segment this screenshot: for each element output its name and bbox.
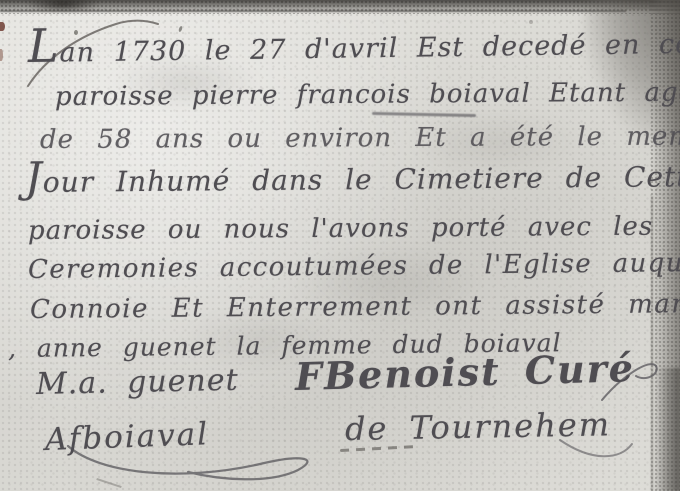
handwritten-line-1: Lan 1730 le 27 d'avril Est decedé en cet… xyxy=(28,28,680,69)
scanned-document-page: Lan 1730 le 27 d'avril Est decedé en cet… xyxy=(0,0,680,491)
handwritten-line-5: paroisse ou nous l'avons porté avec les xyxy=(28,212,653,246)
paper-scratch-mark xyxy=(96,478,121,488)
handwritten-line-4: Jour Inhumé dans le Cimetiere de Cette xyxy=(25,160,680,199)
handwritten-line-7: Connoie Et Enterrement ont assisté marie xyxy=(30,289,680,325)
ink-speck xyxy=(74,30,78,35)
top-left-ink-blot xyxy=(26,0,100,12)
name-underline-mark xyxy=(372,112,476,117)
handwritten-line-6: Ceremonies accoutumées de l'Eglise auque… xyxy=(28,248,680,285)
signature-family-boiaval: Afboiaval xyxy=(44,416,209,458)
ink-speck xyxy=(178,26,183,33)
red-fiber-mark xyxy=(0,49,3,61)
right-edge-lower-shadow xyxy=(656,368,680,491)
handwritten-line-3: de 58 ans ou environ Et a été le meme xyxy=(40,121,680,155)
signature-priest-benoist: FBenoist Curé xyxy=(294,345,635,399)
red-fiber-mark xyxy=(0,22,5,31)
ink-speck xyxy=(529,20,533,24)
handwritten-line-2: paroisse pierre francois boiaval Etant a… xyxy=(55,77,680,112)
signature-priest-place: de Tournehem xyxy=(345,405,612,448)
signature-marie-anne-guenet: M.a. guenet xyxy=(36,363,239,402)
